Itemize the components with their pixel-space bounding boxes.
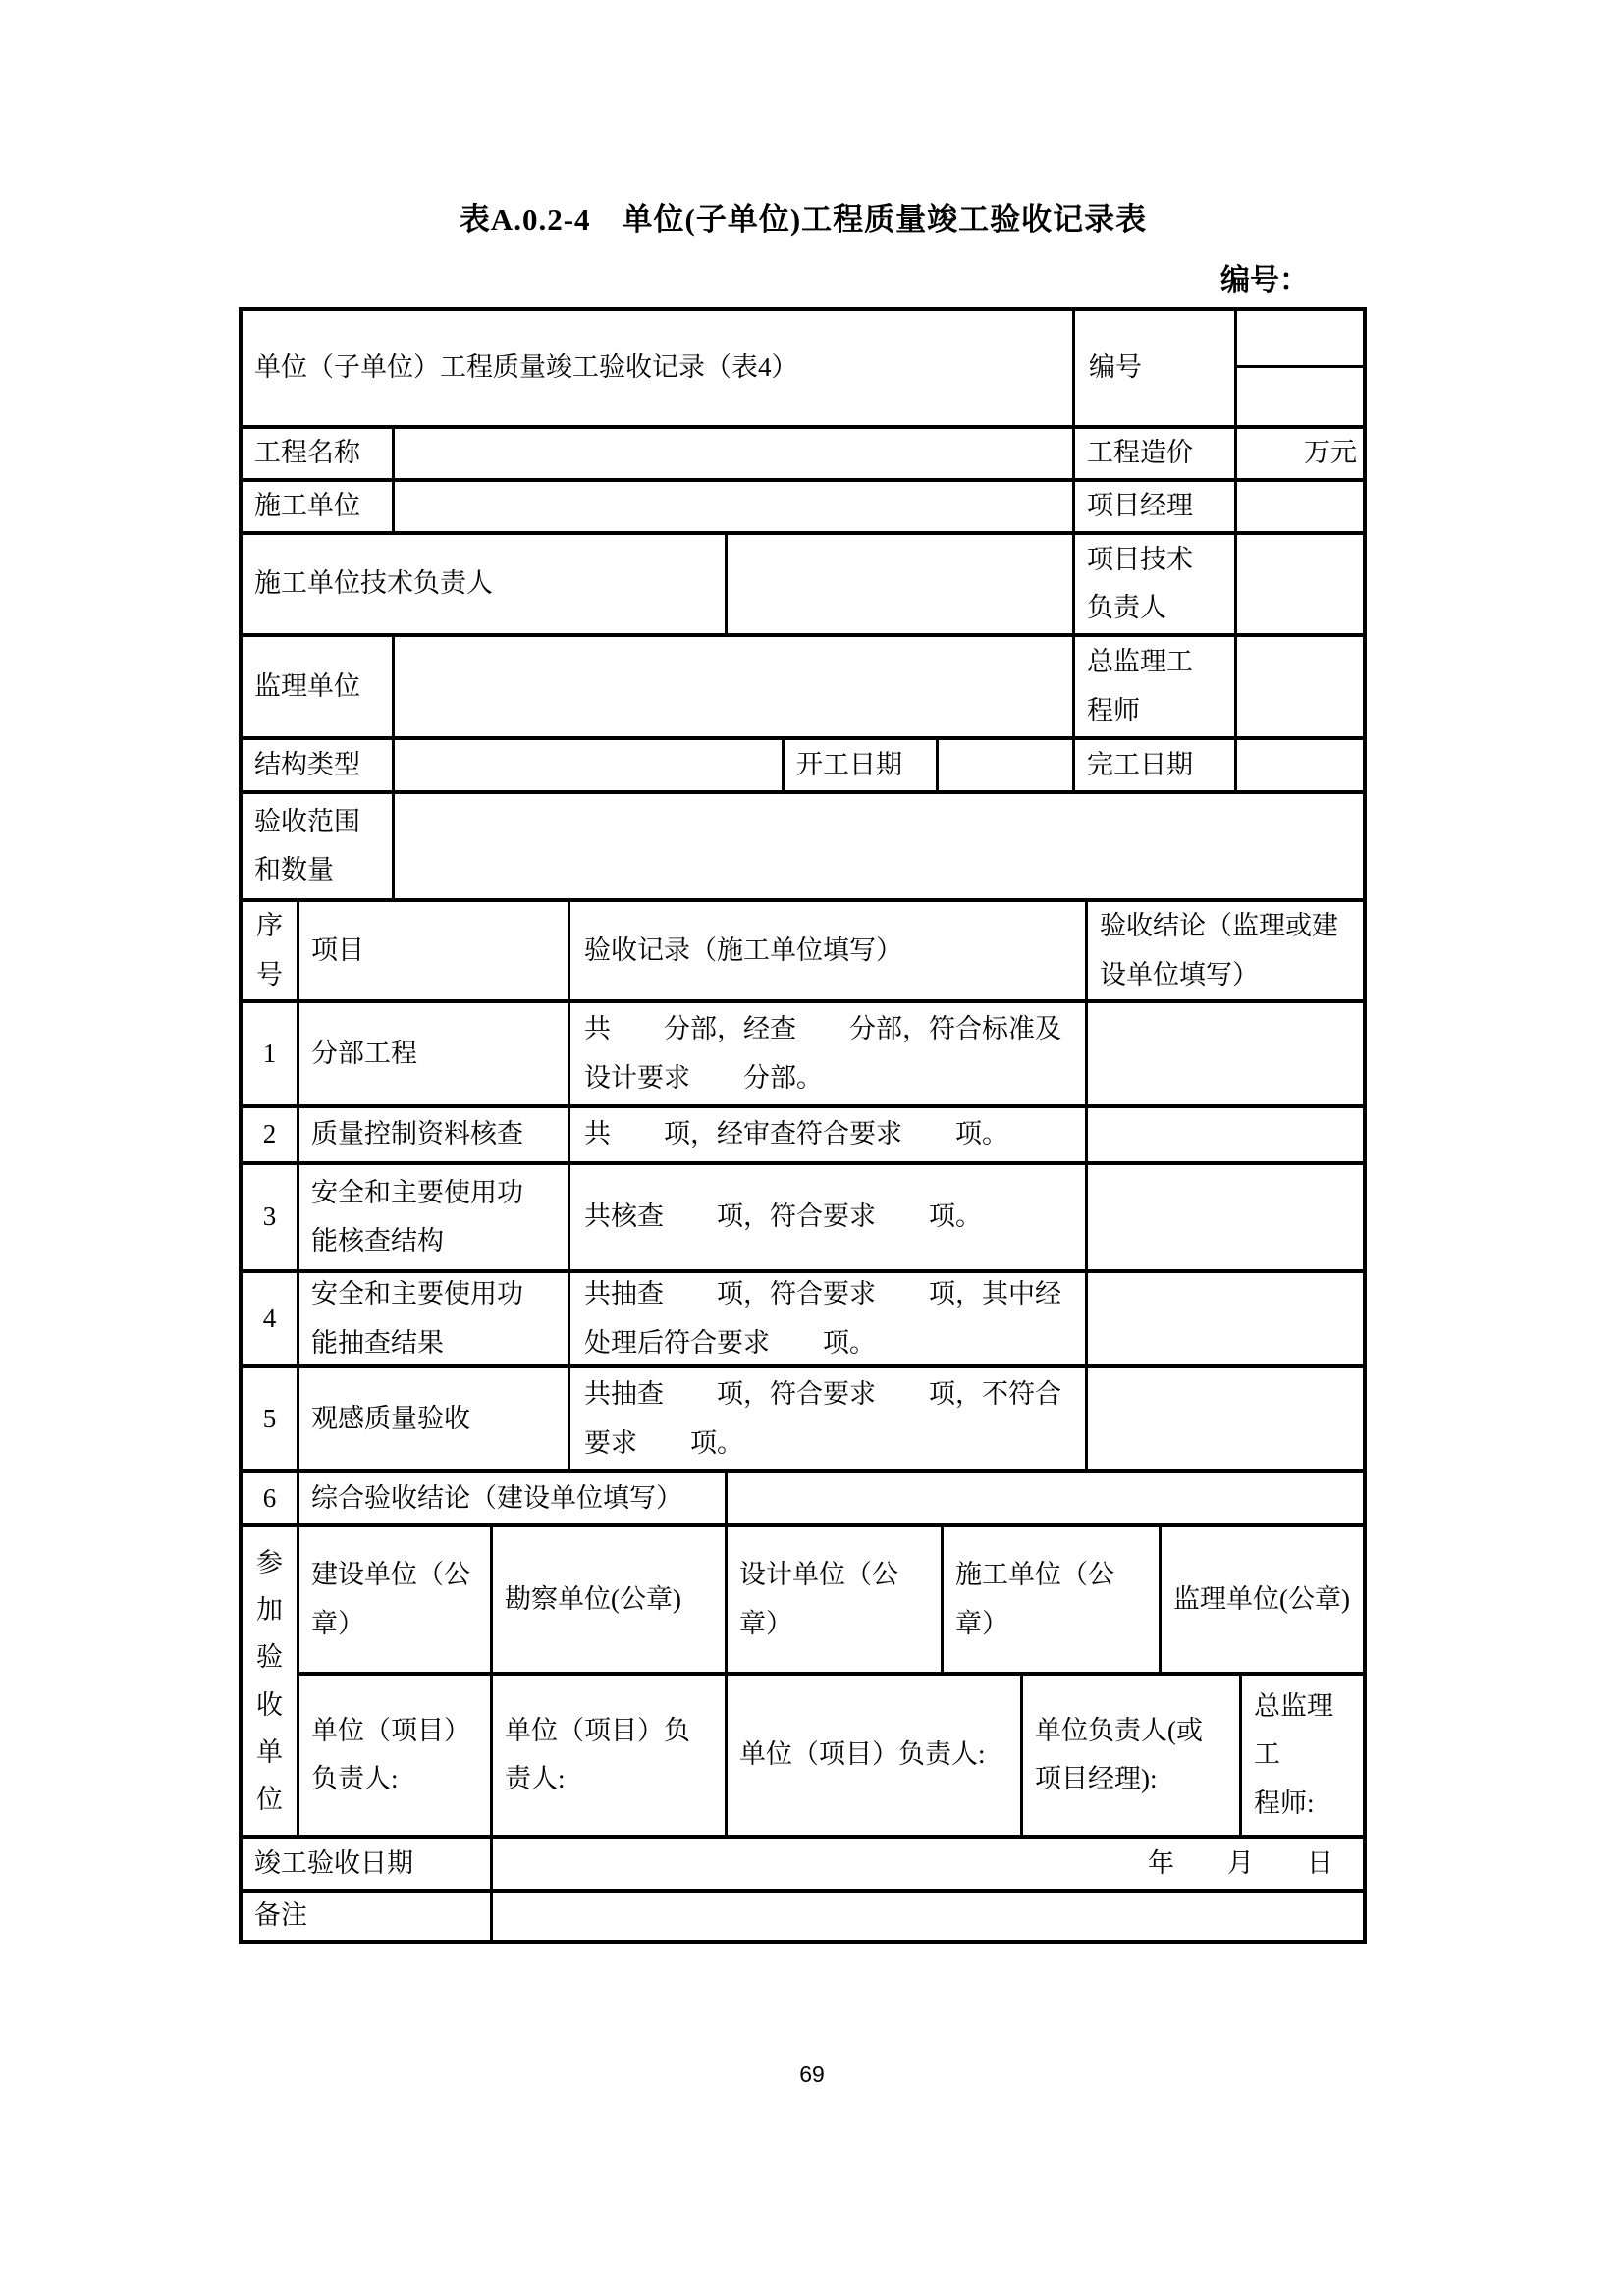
item-record: 共 项，经审查符合要求 项。: [570, 1108, 1088, 1161]
item-no: 5: [243, 1368, 299, 1469]
constructor-label: 施工单位: [243, 482, 395, 531]
signer-chief-engineer: 总监理工 程师:: [1242, 1676, 1363, 1835]
item-name: 安全和主要使用功 能抽查结果: [299, 1273, 570, 1364]
signer-design: 单位（项目）负责人:: [728, 1676, 1023, 1835]
completion-date-row: 竣工验收日期 年 月 日: [243, 1839, 1363, 1893]
constructor-row: 施工单位 项目经理: [243, 482, 1363, 535]
scope-row: 验收范围 和数量: [243, 794, 1363, 902]
project-manager-value: [1237, 482, 1363, 531]
serial-value-top: [1237, 311, 1363, 368]
remark-value: [493, 1893, 1363, 1940]
project-manager-label: 项目经理: [1075, 482, 1237, 531]
supervisor-label: 监理单位: [243, 637, 395, 736]
item-conclusion: [1088, 1108, 1363, 1161]
item-conclusion: [1088, 1273, 1363, 1364]
list-header-item: 项目: [299, 902, 570, 999]
project-name-label: 工程名称: [243, 429, 395, 478]
list-header-record: 验收记录（施工单位填写）: [570, 902, 1088, 999]
list-header-conclusion: 验收结论（监理或建 设单位填写）: [1088, 902, 1363, 999]
item-name: 质量控制资料核查: [299, 1108, 570, 1161]
item-record: 共抽查 项，符合要求 项，不符合 要求 项。: [570, 1368, 1088, 1469]
serial-value-bottom: [1237, 368, 1363, 425]
form-caption-cell: 单位（子单位）工程质量竣工验收记录（表4）: [243, 311, 1075, 425]
item-record: 共核查 项，符合要求 项。: [570, 1165, 1088, 1269]
participants-signer-row: 单位（项目） 负责人: 单位（项目）负 责人: 单位（项目）负责人: 单位负责人…: [299, 1676, 1363, 1835]
remark-row: 备注: [243, 1893, 1363, 1940]
stamp-design: 设计单位（公 章）: [728, 1527, 944, 1672]
item-name: 分部工程: [299, 1003, 570, 1104]
item-row-3: 3 安全和主要使用功 能核查结构 共核查 项，符合要求 项。: [243, 1165, 1363, 1273]
participants-body: 建设单位（公 章） 勘察单位(公章) 设计单位（公 章） 施工单位（公 章） 监…: [299, 1527, 1363, 1835]
signer-owner: 单位（项目） 负责人:: [299, 1676, 493, 1835]
participants-side-label: 参 加 验 收 单 位: [243, 1527, 299, 1835]
finish-date-value: [1237, 740, 1363, 790]
item-no: 3: [243, 1165, 299, 1269]
serial-value-cell: [1237, 311, 1363, 425]
supervisor-row: 监理单位 总监理工 程师: [243, 637, 1363, 740]
signer-constructor: 单位负责人(或 项目经理):: [1023, 1676, 1242, 1835]
stamp-supervisor: 监理单位(公章): [1162, 1527, 1363, 1672]
structure-type-label: 结构类型: [243, 740, 395, 790]
start-date-label: 开工日期: [785, 740, 939, 790]
project-tech-label: 项目技术 负责人: [1075, 535, 1237, 633]
table-caption-row: 单位（子单位）工程质量竣工验收记录（表4） 编号: [243, 311, 1363, 429]
remark-label: 备注: [243, 1893, 493, 1940]
completion-date-label: 竣工验收日期: [243, 1839, 493, 1889]
item-conclusion: [728, 1473, 1363, 1523]
tech-director-row: 施工单位技术负责人 项目技术 负责人: [243, 535, 1363, 637]
finish-date-label: 完工日期: [1075, 740, 1237, 790]
item-no: 2: [243, 1108, 299, 1161]
participants-section: 参 加 验 收 单 位 建设单位（公 章） 勘察单位(公章) 设计单位（公 章）…: [243, 1527, 1363, 1839]
document-page: 表A.0.2-4 单位(子单位)工程质量竣工验收记录表 编号： 单位（子单位）工…: [0, 0, 1624, 2296]
tech-director-label: 施工单位技术负责人: [243, 535, 728, 633]
page-title: 表A.0.2-4 单位(子单位)工程质量竣工验收记录表: [239, 194, 1368, 239]
item-name: 观感质量验收: [299, 1368, 570, 1469]
project-cost-unit: 万元: [1237, 429, 1363, 478]
scope-value: [395, 794, 1363, 898]
chief-engineer-value: [1237, 637, 1363, 736]
completion-date-value: 年 月 日: [493, 1839, 1363, 1889]
item-row-5: 5 观感质量验收 共抽查 项，符合要求 项，不符合 要求 项。: [243, 1368, 1363, 1473]
signer-survey: 单位（项目）负 责人:: [493, 1676, 728, 1835]
stamp-owner: 建设单位（公 章）: [299, 1527, 493, 1672]
scope-label: 验收范围 和数量: [243, 794, 395, 898]
item-row-1: 1 分部工程 共 分部，经查 分部，符合标准及 设计要求 分部。: [243, 1003, 1363, 1108]
item-row-2: 2 质量控制资料核查 共 项，经审查符合要求 项。: [243, 1108, 1363, 1165]
item-no: 1: [243, 1003, 299, 1104]
list-header-row: 序 号 项目 验收记录（施工单位填写） 验收结论（监理或建 设单位填写）: [243, 902, 1363, 1003]
project-tech-value: [1237, 535, 1363, 633]
item-no: 6: [243, 1473, 299, 1523]
serial-no-line: 编号：: [239, 255, 1368, 298]
acceptance-record-table: 单位（子单位）工程质量竣工验收记录（表4） 编号 工程名称 工程造价 万元 施工…: [239, 307, 1367, 1944]
project-name-row: 工程名称 工程造价 万元: [243, 429, 1363, 482]
item-row-4: 4 安全和主要使用功 能抽查结果 共抽查 项，符合要求 项，其中经 处理后符合要…: [243, 1273, 1363, 1368]
item-conclusion: [1088, 1368, 1363, 1469]
item-conclusion: [1088, 1165, 1363, 1269]
list-header-no: 序 号: [243, 902, 299, 999]
item-record: 共抽查 项，符合要求 项，其中经 处理后符合要求 项。: [570, 1273, 1088, 1364]
constructor-value: [395, 482, 1075, 531]
stamp-constructor: 施工单位（公 章）: [944, 1527, 1162, 1672]
structure-type-row: 结构类型 开工日期 完工日期: [243, 740, 1363, 794]
item-conclusion: [1088, 1003, 1363, 1104]
structure-type-value: [395, 740, 785, 790]
participants-stamp-row: 建设单位（公 章） 勘察单位(公章) 设计单位（公 章） 施工单位（公 章） 监…: [299, 1527, 1363, 1676]
tech-director-value: [728, 535, 1075, 633]
item-no: 4: [243, 1273, 299, 1364]
serial-label-cell: 编号: [1075, 311, 1237, 425]
item-record: 共 分部，经查 分部，符合标准及 设计要求 分部。: [570, 1003, 1088, 1104]
serial-no-label: 编号：: [1220, 264, 1309, 296]
project-name-value: [395, 429, 1075, 478]
item-name: 综合验收结论（建设单位填写）: [299, 1473, 728, 1523]
item-row-6: 6 综合验收结论（建设单位填写）: [243, 1473, 1363, 1527]
stamp-survey: 勘察单位(公章): [493, 1527, 728, 1672]
page-number: 69: [0, 2061, 1624, 2088]
item-name: 安全和主要使用功 能核查结构: [299, 1165, 570, 1269]
supervisor-value: [395, 637, 1075, 736]
project-cost-label: 工程造价: [1075, 429, 1237, 478]
start-date-value: [939, 740, 1075, 790]
chief-engineer-label: 总监理工 程师: [1075, 637, 1237, 736]
